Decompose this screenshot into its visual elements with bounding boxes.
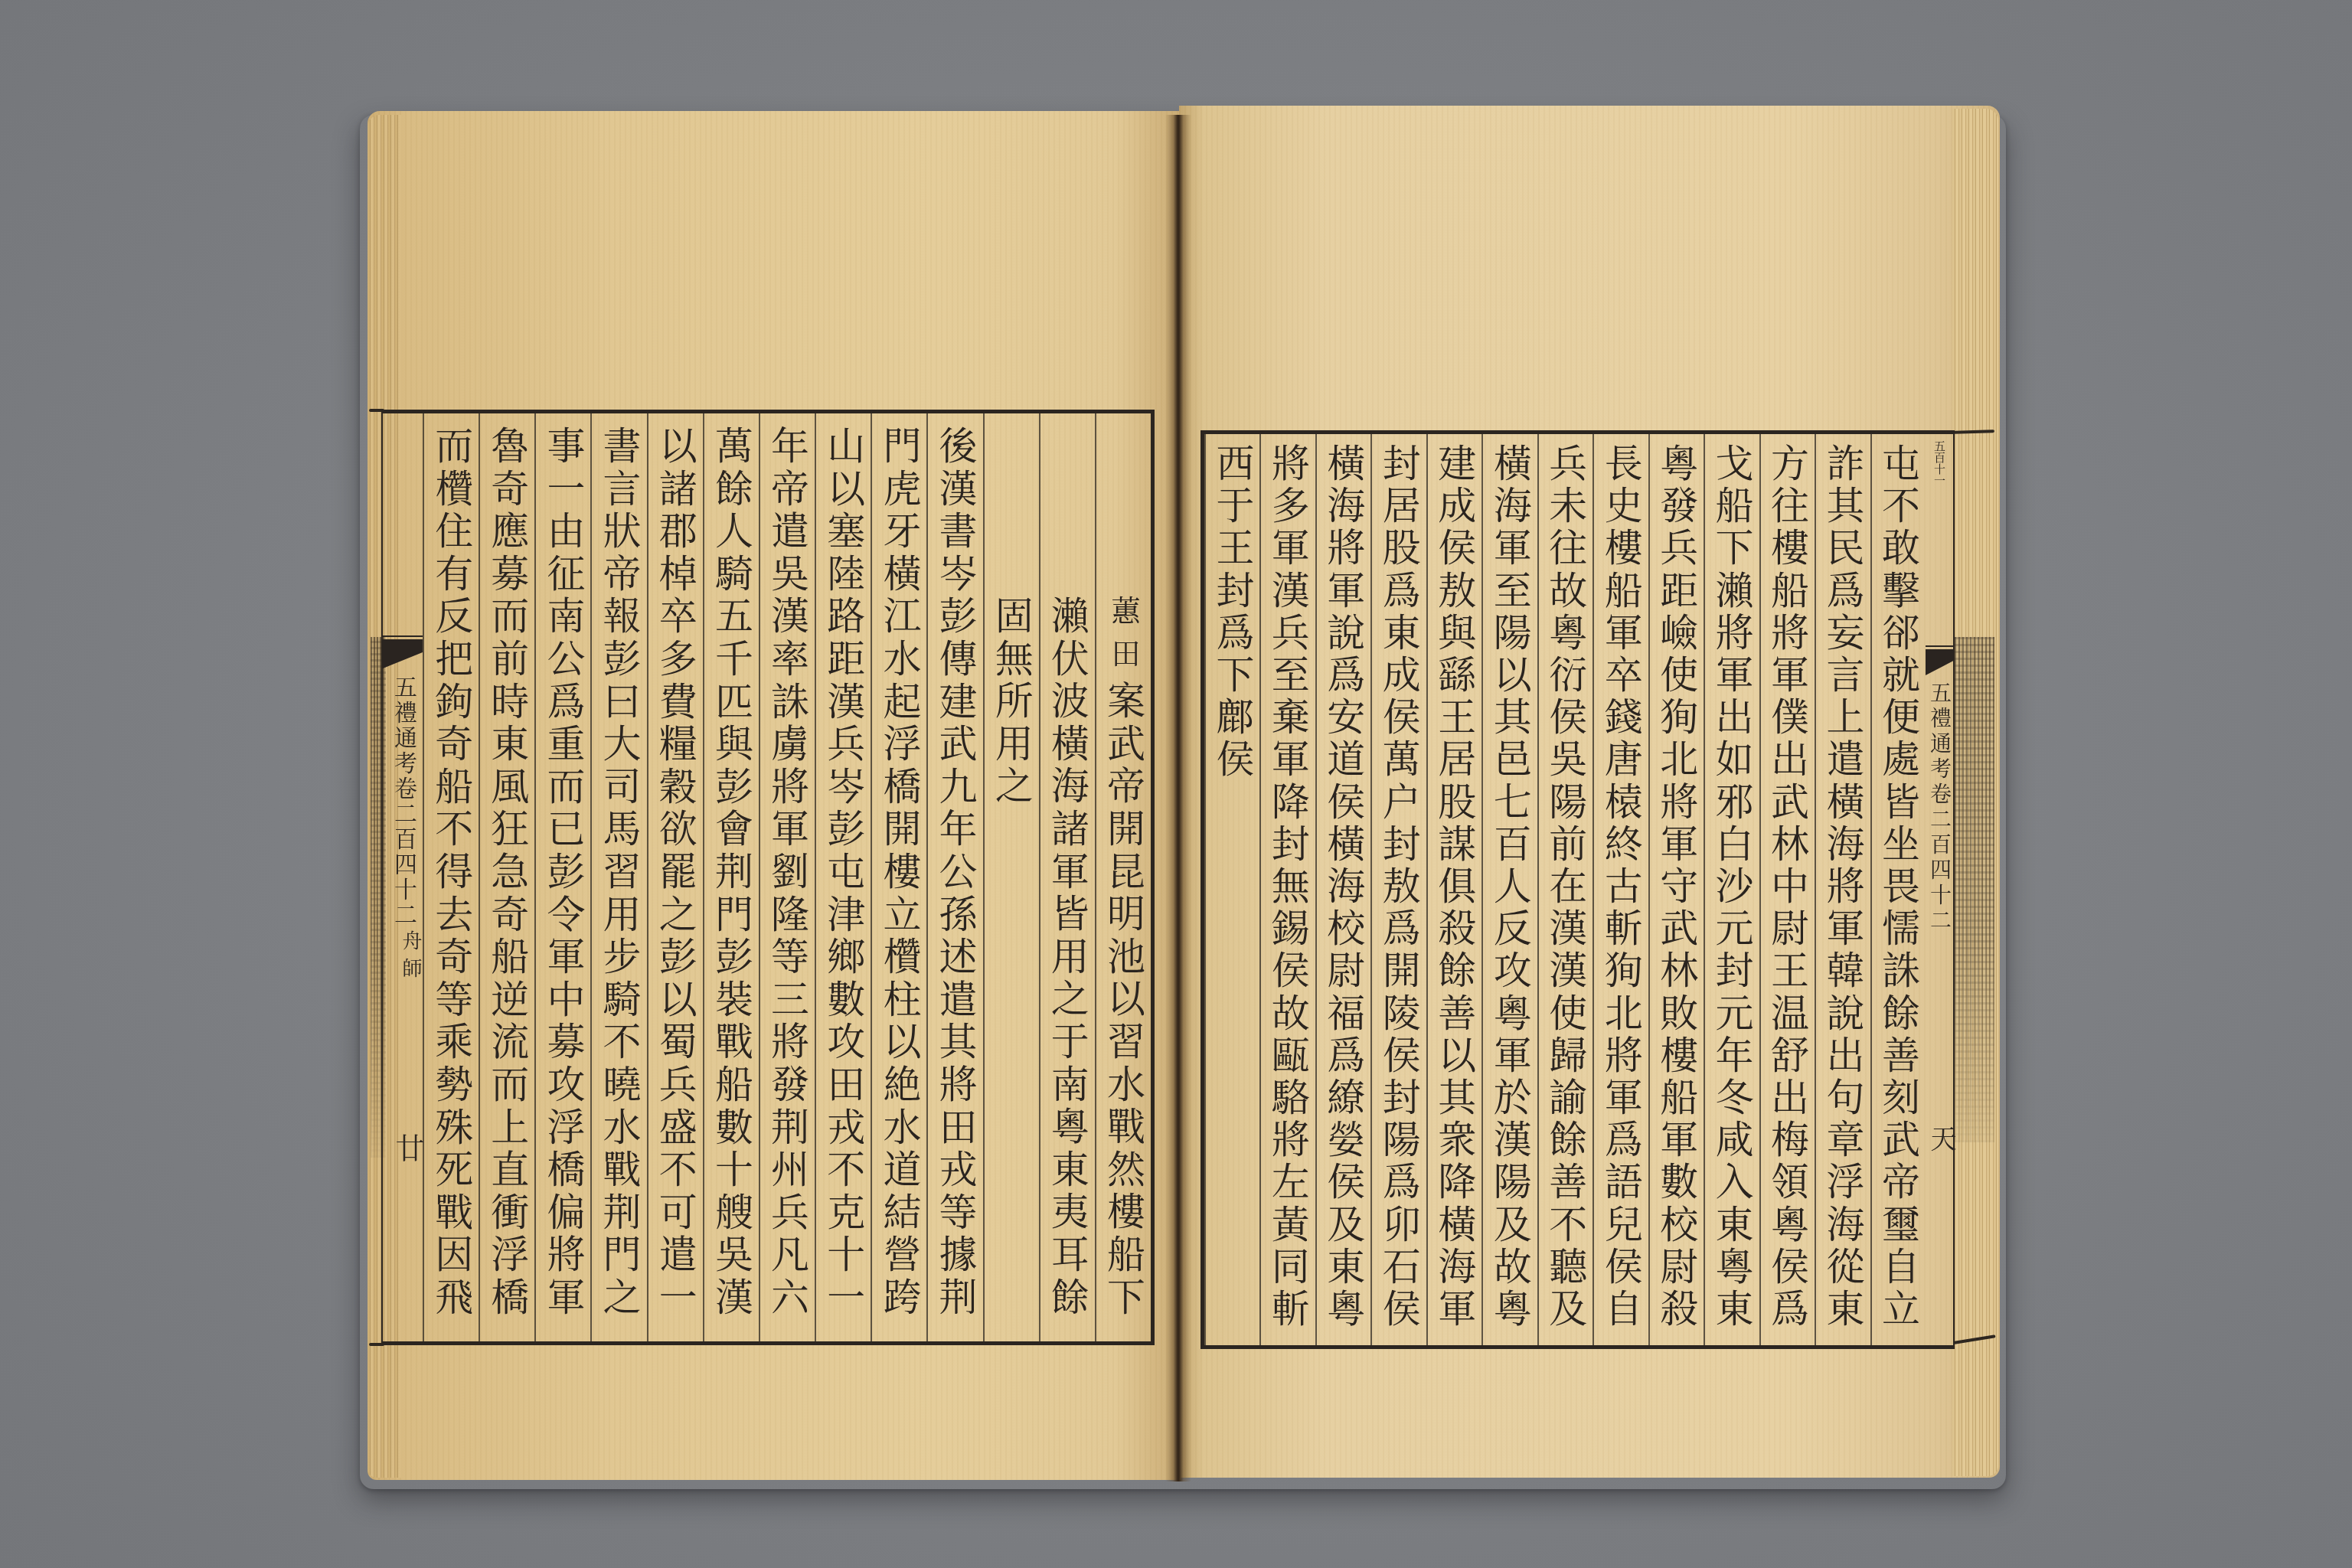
text-column: 瀨伏波橫海諸軍皆用之于南粵東夷耳餘	[1039, 413, 1095, 1341]
column-text: 山以塞陸路距漢兵岑彭屯津鄉數攻田戎不克十一	[821, 426, 865, 1320]
left-text-block: 蕙田案武帝開昆明池以習水戰然樓船下 瀨伏波橫海諸軍皆用之于南粵東夷耳餘 固無所用…	[381, 410, 1155, 1345]
column-text: 瀨伏波橫海諸軍皆用之于南粵東夷耳餘	[1045, 596, 1089, 1319]
text-column: 門虎牙橫江水起浮橋開樓立欑柱以絶水道結營跨	[871, 413, 926, 1341]
column-text: 西于王封爲下鄜侯	[1210, 443, 1254, 782]
text-column: 戈船下瀨將軍出如邪白沙元封元年冬咸入東粵東	[1704, 434, 1759, 1345]
column-text: 萬餘人騎五千匹與彭會荆門彭裝戰船數十艘吳漢	[709, 426, 753, 1320]
text-column: 事一由征南公爲重而已彭令軍中募攻浮橋偏將軍	[534, 413, 590, 1341]
column-text: 固無所用之	[989, 596, 1034, 808]
right-edge-ink-bleed	[1955, 637, 1994, 1142]
text-column: 後漢書岑彭傳建武九年公孫述遣其將田戎等據荆	[926, 413, 982, 1341]
text-column: 橫海將軍說爲安道侯橫海校尉福爲繚嫈侯及東粵	[1315, 434, 1370, 1345]
column-text: 粵發兵距嶮使狥北將軍守武林敗樓船軍數校尉殺	[1654, 443, 1698, 1331]
text-column: 書言狀帝報彭曰大司馬習用步騎不曉水戰荆門之	[590, 413, 646, 1341]
text-column: 長史樓船軍卒錢唐榬終古斬狥北將軍爲語兒侯自	[1592, 434, 1648, 1345]
column-text: 建成侯敖與繇王居股謀俱殺餘善以其衆降橫海軍	[1432, 443, 1476, 1331]
column-text: 屯不敢擊郤就便處皆坐畏懦誅餘善刻武帝璽自立	[1876, 443, 1920, 1331]
column-text: 橫海將軍說爲安道侯橫海校尉福爲繚嫈侯及東粵	[1321, 443, 1365, 1331]
text-column: 詐其民爲妄言上遣橫海將軍韓說出句章浮海從東	[1815, 434, 1870, 1345]
text-column: 封居股爲東成侯萬户封敖爲開陵侯封陽爲卯石侯	[1370, 434, 1426, 1345]
fish-tail-rule	[383, 635, 423, 637]
column-text: 封居股爲東成侯萬户封敖爲開陵侯封陽爲卯石侯	[1377, 443, 1421, 1331]
column-text: 門虎牙橫江水起浮橋開樓立欑柱以絶水道結營跨	[877, 426, 921, 1320]
section-label: 舟師	[400, 930, 421, 985]
folio-number: 天	[1928, 1125, 1954, 1151]
right-text-block: 五百十一 五禮通考卷二百四十二 天 屯不敢擊郤就便處皆坐畏懦誅餘善刻武帝璽自立 …	[1200, 430, 1955, 1349]
fish-tail-mark	[383, 639, 423, 668]
column-text: 詐其民爲妄言上遣橫海將軍韓說出句章浮海從東	[1821, 443, 1865, 1331]
column-text: 後漢書岑彭傳建武九年公孫述遣其將田戎等據荆	[933, 426, 978, 1320]
fish-tail-rule	[1926, 645, 1953, 647]
page-count-label: 五百十一	[1932, 440, 1947, 486]
text-column: 粵發兵距嶮使狥北將軍守武林敗樓船軍數校尉殺	[1648, 434, 1704, 1345]
column-text: 案武帝開昆明池以習水戰然樓船下	[1101, 681, 1145, 1319]
book-title-label: 五禮通考卷二百四十二	[1928, 681, 1951, 934]
text-column: 而欑住有反把鉤奇船不得去奇等乘勢殊死戰因飛	[423, 413, 479, 1341]
text-column: 兵未往故粵衍侯吳陽前在漢漢使歸諭餘善不聽及	[1537, 434, 1592, 1345]
text-column: 將多軍漢兵至棄軍降封無錫侯故甌駱將左黃同斬	[1259, 434, 1315, 1345]
column-text: 而欑住有反把鉤奇船不得去奇等乘勢殊死戰因飛	[429, 426, 473, 1320]
text-column: 西于王封爲下鄜侯	[1204, 434, 1259, 1345]
column-text: 方往樓船將軍僕出武林中尉王温舒出梅領粵侯爲	[1765, 443, 1809, 1331]
annotation-prefix: 蕙田	[1106, 596, 1140, 681]
text-column: 蕙田案武帝開昆明池以習水戰然樓船下	[1095, 413, 1151, 1341]
text-column: 建成侯敖與繇王居股謀俱殺餘善以其衆降橫海軍	[1426, 434, 1481, 1345]
text-column: 固無所用之	[983, 413, 1039, 1341]
column-text: 兵未往故粵衍侯吳陽前在漢漢使歸諭餘善不聽及	[1543, 443, 1587, 1331]
fish-tail-mark	[1926, 649, 1953, 675]
column-text: 將多軍漢兵至棄軍降封無錫侯故甌駱將左黃同斬	[1266, 443, 1310, 1331]
column-text: 書言狀帝報彭曰大司馬習用步騎不曉水戰荆門之	[597, 426, 642, 1320]
text-column: 橫海軍至陽以其邑七百人反攻粵軍於漢陽及故粵	[1481, 434, 1537, 1345]
column-text: 橫海軍至陽以其邑七百人反攻粵軍於漢陽及故粵	[1488, 443, 1532, 1331]
text-column: 以諸郡棹卒多費糧穀欲罷之彭以蜀兵盛不可遣一	[647, 413, 703, 1341]
text-column: 萬餘人騎五千匹與彭會荆門彭裝戰船數十艘吳漢	[703, 413, 759, 1341]
column-text: 魯奇應募而前時東風狂急奇船逆流而上直衝浮橋	[485, 426, 529, 1320]
text-column: 年帝遣吳漢率誅虜將軍劉隆等三將發荆州兵凡六	[759, 413, 815, 1341]
text-column: 屯不敢擊郤就便處皆坐畏懦誅餘善刻武帝璽自立	[1870, 434, 1926, 1345]
text-column: 方往樓船將軍僕出武林中尉王温舒出梅領粵侯爲	[1759, 434, 1815, 1345]
block-center-strip: 五百十一 五禮通考卷二百四十二 天	[1926, 434, 1953, 1345]
book-gutter	[1165, 115, 1191, 1481]
column-text: 戈船下瀨將軍出如邪白沙元封元年冬咸入東粵東	[1710, 443, 1754, 1331]
block-center-strip: 五禮通考卷二百四十二 舟師 廿	[383, 413, 423, 1341]
text-column: 山以塞陸路距漢兵岑彭屯津鄉數攻田戎不克十一	[815, 413, 871, 1341]
column-text: 以諸郡棹卒多費糧穀欲罷之彭以蜀兵盛不可遣一	[653, 426, 697, 1320]
text-column: 魯奇應募而前時東風狂急奇船逆流而上直衝浮橋	[479, 413, 534, 1341]
column-text: 事一由征南公爲重而已彭令軍中募攻浮橋偏將軍	[541, 426, 585, 1320]
column-text: 長史樓船軍卒錢唐榬終古斬狥北將軍爲語兒侯自	[1599, 443, 1643, 1331]
book-title-label: 五禮通考卷二百四十二	[390, 675, 415, 928]
column-text: 年帝遣吳漢率誅虜將軍劉隆等三將發荆州兵凡六	[765, 426, 809, 1320]
folio-number: 廿	[392, 1133, 423, 1162]
